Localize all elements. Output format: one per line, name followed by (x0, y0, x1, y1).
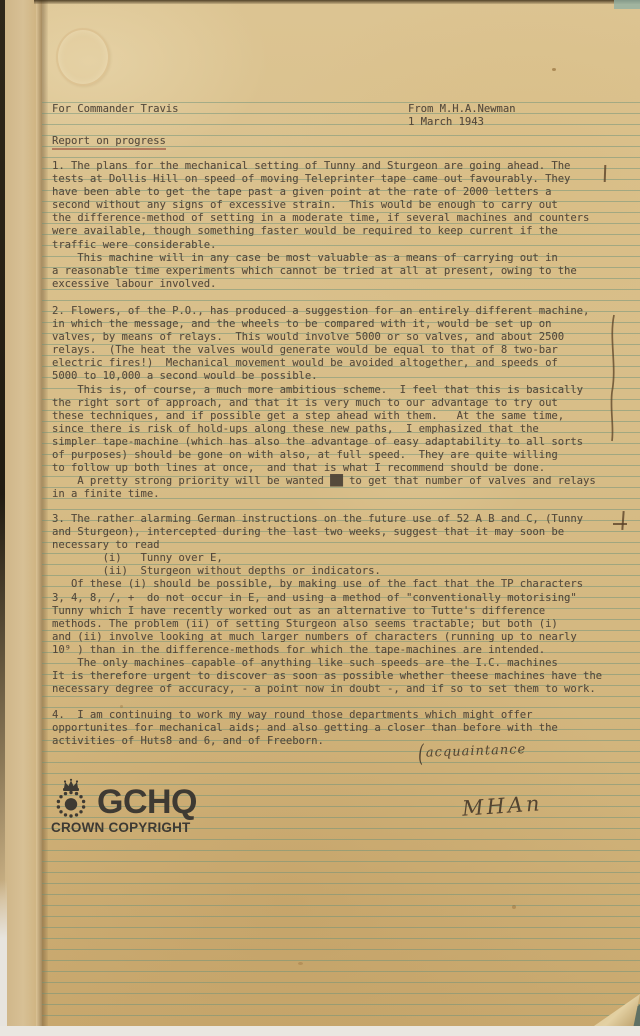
typed-line: and (ii) involve looking at much larger … (52, 631, 602, 644)
typed-line: opportunites for mechanical aids; and al… (52, 722, 558, 735)
paper-speck (552, 68, 556, 71)
typed-line: have been able to get the tape past a gi… (52, 186, 589, 199)
typed-line: It is therefore urgent to discover as so… (52, 670, 602, 683)
scanned-memo-page: { "doc": { "header": { "to": "For Comman… (0, 0, 640, 1036)
typed-line: in which the message, and the wheels to … (52, 318, 596, 331)
typed-line: in a finite time. (52, 488, 596, 501)
typed-line: 1. The plans for the mechanical setting … (52, 160, 589, 173)
date-line: 1 March 1943 (408, 116, 484, 128)
report-title: Report on progress (52, 135, 166, 150)
typed-line: these techniques, and if possible get a … (52, 410, 596, 423)
top-dark-edge (34, 0, 640, 4)
typed-line: 2. Flowers, of the P.O., has produced a … (52, 305, 596, 318)
typed-line: 3, 4, 8, /, + do not occur in E, and usi… (52, 592, 602, 605)
typed-line: 4. I am continuing to work my way round … (52, 709, 558, 722)
paragraph-1: 1. The plans for the mechanical setting … (52, 160, 589, 291)
paragraph-2: 2. Flowers, of the P.O., has produced a … (52, 305, 596, 501)
typed-line: the right sort of approach, and that it … (52, 397, 596, 410)
typed-line: since there is risk of hold-ups along th… (52, 423, 596, 436)
gchq-watermark: GCHQ CROWN COPYRIGHT (50, 777, 210, 837)
typed-line: This is, of course, a much more ambitiou… (52, 384, 596, 397)
typed-line: excessive labour involved. (52, 278, 589, 291)
sender-block: From M.H.A.Newman1 March 1943 (408, 103, 515, 129)
margin-wavy-line (606, 314, 620, 442)
typed-line: and Sturgeon), intercepted during the la… (52, 526, 602, 539)
crown-copyright-label: CROWN COPYRIGHT (51, 820, 191, 835)
typed-line: were available, though something faster … (52, 225, 589, 238)
bottom-left-edge (0, 880, 7, 1026)
typed-line: second without any signs of excessive st… (52, 199, 589, 212)
gchq-logo-text: GCHQ (97, 783, 197, 822)
typed-line: The only machines capable of anything li… (52, 657, 602, 670)
typed-line: Tunny which I have recently worked out a… (52, 605, 602, 618)
typed-line: methods. The problem (ii) of setting Stu… (52, 618, 602, 631)
addressee-line: For Commander Travis (52, 103, 178, 116)
gchq-crown-emblem-icon (52, 778, 96, 822)
typed-line: Of these (i) should be possible, by maki… (52, 578, 602, 591)
typed-line: traffic were considerable. (52, 239, 589, 252)
typed-line: (ii) Sturgeon without depths or indicato… (52, 565, 602, 578)
typed-line: tests at Dollis Hill on speed of moving … (52, 173, 589, 186)
left-dark-edge (0, 0, 5, 900)
typed-line: a reasonable time experiments which cann… (52, 265, 589, 278)
typed-line: the difference-method of setting in a mo… (52, 212, 589, 225)
typed-line: 10⁹ ) than in the difference-methods for… (52, 644, 602, 657)
typed-line: simpler tape-machine (which has also the… (52, 436, 596, 449)
paper-speck (512, 905, 516, 909)
paragraph-3: 3. The rather alarming German instructio… (52, 513, 602, 696)
typed-line: valves, by means of relays. This would i… (52, 331, 596, 344)
paper-speck (120, 705, 123, 708)
typed-line: 3. The rather alarming German instructio… (52, 513, 602, 526)
margin-dagger-horizontal (613, 523, 627, 525)
typed-line: of purposes) should be gone on with also… (52, 449, 596, 462)
handwritten-insertion: (acquaintance (418, 739, 527, 761)
typed-line: This machine will in any case be most va… (52, 252, 589, 265)
insertion-paren: ( (418, 739, 426, 768)
typed-line: to follow up both lines at once, and tha… (52, 462, 596, 475)
typed-line: electric fires!) Mechanical movement wou… (52, 357, 596, 370)
sender-line: From M.H.A.Newman (408, 103, 515, 115)
top-right-tab (614, 0, 640, 9)
report-title-text: Report on progress (52, 135, 166, 150)
embossed-stamp (56, 28, 110, 86)
typed-line: (i) Tunny over E, (52, 552, 602, 565)
typed-line: relays. (The heat the valves would gener… (52, 344, 596, 357)
typed-line: 5000 to 10,000 a second would be possibl… (52, 370, 596, 383)
paper-speck (298, 962, 303, 965)
typed-line: necessary to read (52, 539, 602, 552)
typed-line: A pretty strong priority will be wanted … (52, 475, 596, 488)
typed-line: necessary degree of accuracy, - a point … (52, 683, 602, 696)
